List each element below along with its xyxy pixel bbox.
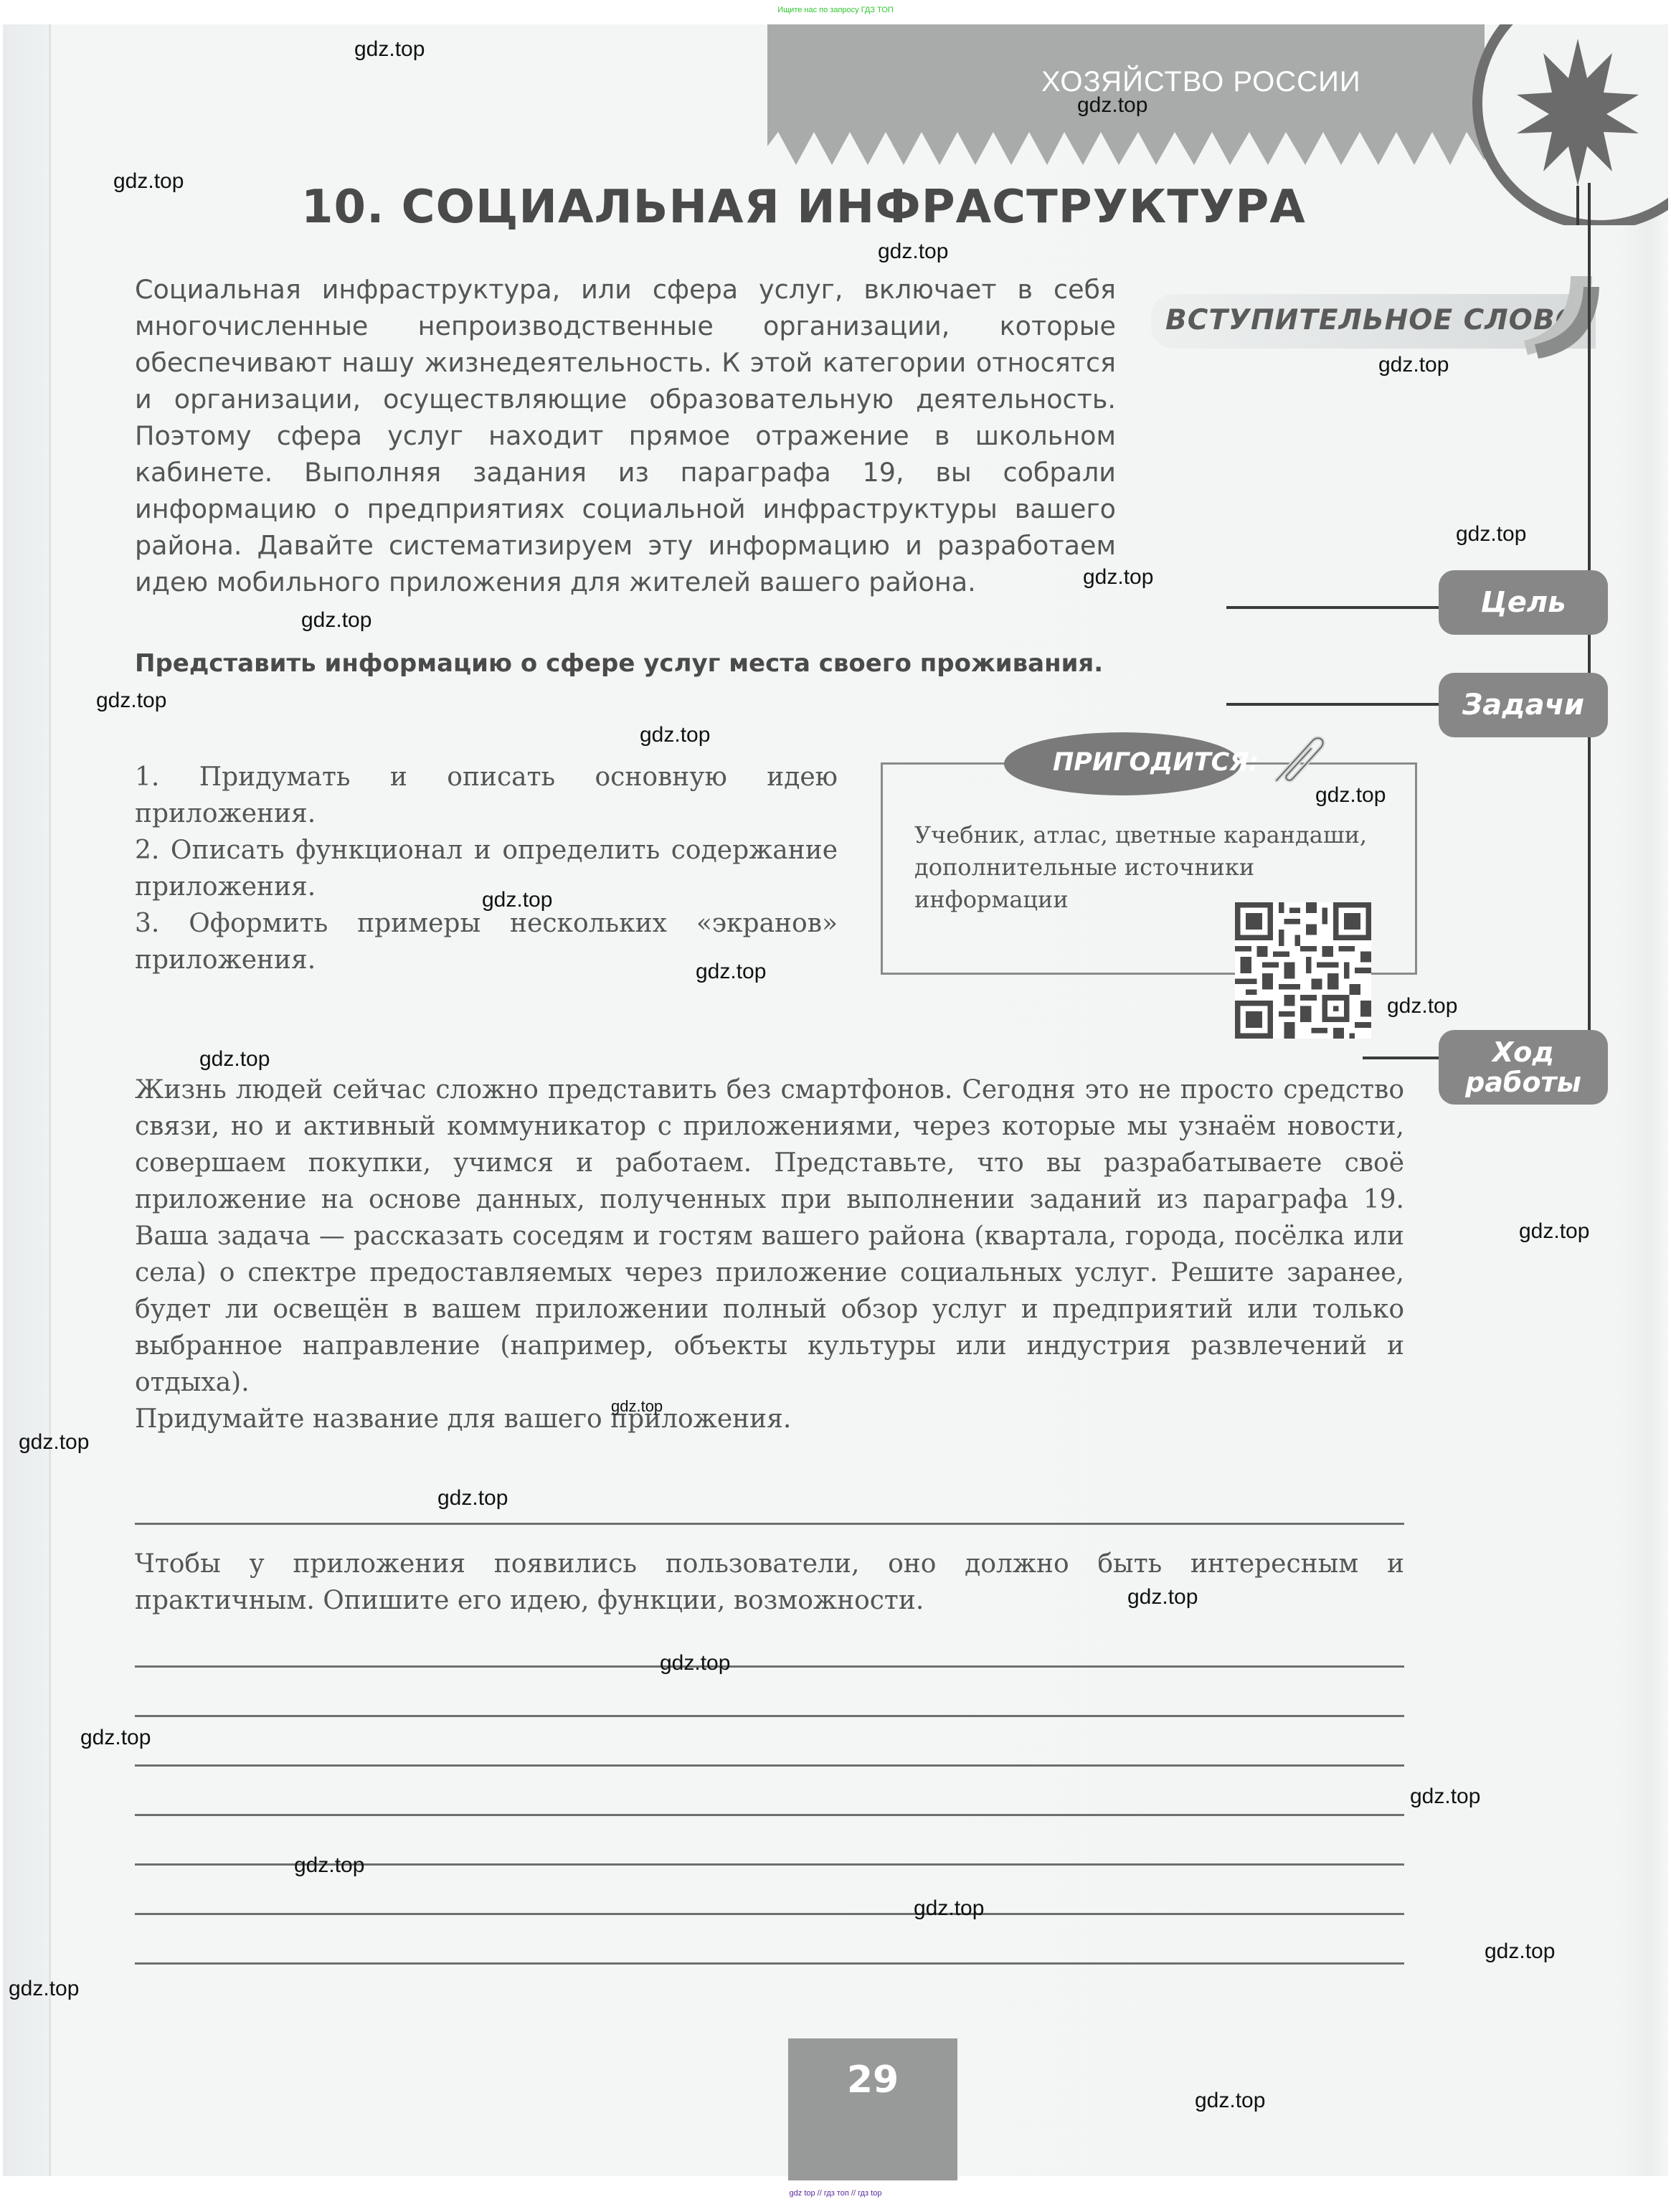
watermark: gdz.top — [1077, 93, 1147, 118]
watermark: gdz.top — [354, 37, 425, 62]
work-badge-line2: работы — [1465, 1067, 1581, 1098]
idea-prompt: Чтобы у приложения появились пользовател… — [135, 1546, 1404, 1619]
watermark: gdz.top — [482, 888, 552, 912]
watermark: gdz.top — [1410, 1785, 1480, 1809]
watermark: gdz.top — [113, 169, 184, 194]
watermark: gdz.top — [914, 1896, 984, 1921]
watermark: gdz.top — [1387, 994, 1457, 1018]
goal-text: Представить информацию о сфере услуг мес… — [135, 649, 1103, 678]
work-paragraph: Жизнь людей сейчас сложно представить бе… — [135, 1072, 1404, 1401]
top-ad-text[interactable]: Ищите нас по запросу ГДЗ ТОП — [0, 6, 1671, 14]
idea-answer-line[interactable] — [135, 1715, 1404, 1717]
watermark: gdz.top — [96, 689, 166, 713]
tasks-connector — [1226, 703, 1442, 706]
watermark: gdz.top — [294, 1853, 364, 1878]
useful-text: Учебник, атлас, цветные карандаши, допол… — [914, 819, 1388, 916]
watermark: gdz.top — [437, 1486, 508, 1511]
watermark: gdz.top — [301, 608, 371, 633]
idea-answer-line[interactable] — [135, 1764, 1404, 1767]
useful-label: ПРИГОДИТСЯ: — [1053, 748, 1259, 777]
idea-answer-line[interactable] — [135, 1814, 1404, 1816]
paperclip-icon — [1269, 730, 1327, 788]
watermark: gdz.top — [660, 1651, 730, 1675]
work-badge: Ходработы — [1439, 1030, 1608, 1105]
watermark: gdz.top — [1485, 1939, 1555, 1964]
work-connector — [1363, 1057, 1442, 1059]
page-spine — [49, 24, 51, 2176]
page-number: 29 — [788, 2059, 957, 2102]
idea-answer-line[interactable] — [135, 1962, 1404, 1965]
task-item: 1. Придумать и описать основную идею при… — [135, 759, 838, 832]
watermark: gdz.top — [1456, 522, 1526, 547]
watermark: gdz.top — [19, 1430, 89, 1455]
app-name-answer-line[interactable] — [135, 1523, 1404, 1525]
watermark: gdz.top — [1127, 1585, 1198, 1610]
watermark: gdz.top — [640, 723, 710, 747]
tasks-badge: Задачи — [1439, 673, 1608, 737]
goal-badge: Цель — [1439, 570, 1608, 635]
page-title: 10. СОЦИАЛЬНАЯ ИНФРАСТРУКТУРА — [301, 181, 1306, 234]
watermark: gdz.top — [878, 240, 948, 264]
watermark: gdz.top — [1378, 353, 1449, 377]
idea-answer-line[interactable] — [135, 1913, 1404, 1915]
star-emblem-icon — [1434, 24, 1668, 228]
intro-paragraph: Социальная инфраструктура, или сфера усл… — [135, 271, 1116, 600]
watermark: gdz.top — [1315, 783, 1386, 808]
watermark: gdz.top — [80, 1726, 151, 1750]
watermark: gdz.top — [9, 1977, 79, 2001]
idea-answer-line[interactable] — [135, 1665, 1404, 1668]
work-badge-line1: Ход — [1492, 1036, 1554, 1068]
watermark: gdz.top — [199, 1047, 270, 1072]
watermark: gdz.top — [696, 960, 766, 984]
watermark: gdz.top — [1083, 565, 1153, 590]
watermark: gdz.top — [1195, 2089, 1265, 2113]
name-prompt: Придумайте название для вашего приложени… — [135, 1401, 1404, 1437]
goal-connector — [1226, 606, 1442, 609]
work-instructions: Жизнь людей сейчас сложно представить бе… — [135, 1072, 1404, 1437]
intro-section-label: ВСТУПИТЕЛЬНОЕ СЛОВО — [1165, 304, 1580, 336]
watermark: gdz.top — [1519, 1219, 1589, 1244]
bottom-ad-text[interactable]: gdz top // гдз топ // гдз top — [0, 2189, 1671, 2198]
qr-code-icon[interactable] — [1235, 902, 1371, 1039]
watermark: gdz.top — [611, 1397, 663, 1416]
tasks-list: 1. Придумать и описать основную идею при… — [135, 759, 838, 978]
